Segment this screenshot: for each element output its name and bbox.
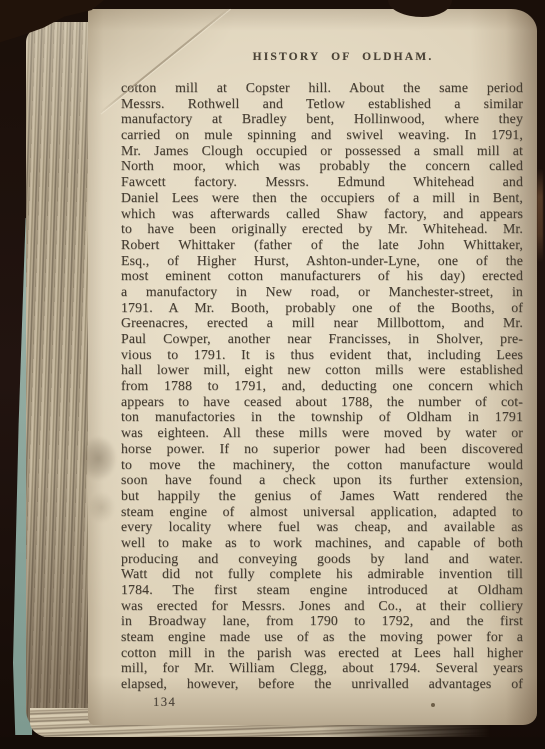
page-number: 134: [153, 695, 176, 710]
stain-mark: [88, 492, 115, 523]
text-line: 1791. A Mr. Booth, probably one of the B…: [121, 300, 523, 316]
text-line: was erected for Messrs. Jones and Co., a…: [121, 598, 523, 614]
text-line: manufactory at Bradley bent, Hollinwood,…: [121, 111, 523, 127]
text-line: well to make as to work machines, and ca…: [121, 535, 523, 551]
text-line: but happily the genius of James Watt ren…: [121, 488, 523, 504]
text-line: to have been originally erected by Mr. W…: [121, 221, 523, 237]
ink-speck: [431, 703, 435, 707]
text-line: Robert Whittaker (father of the late Joh…: [121, 237, 523, 253]
spine-mark: [537, 168, 543, 263]
text-line: most eminent cotton manufacturers of his…: [121, 268, 523, 284]
text-line: soon have found a check upon its further…: [121, 472, 523, 488]
stain-mark: [80, 436, 117, 481]
text-line: Esq., of Higher Hurst, Ashton-under-Lyne…: [121, 253, 523, 269]
text-line: elapsed, however, before the unrivalled …: [121, 676, 523, 692]
text-line: 1784. The first steam engine introduced …: [121, 582, 523, 598]
text-line: producing and conveying goods by land an…: [121, 551, 523, 567]
text-line: vious to 1791. It is thus evident that, …: [121, 347, 523, 363]
text-line: hall lower mill, eight new cotton mills …: [121, 362, 523, 378]
text-line: cotton mill in the parish was erected at…: [121, 645, 523, 661]
text-line: horse power. If no superior power had be…: [121, 441, 523, 457]
page-edges-left: [26, 22, 96, 738]
text-line: Messrs. Rothwell and Tetlow established …: [121, 96, 523, 112]
text-line: which was afterwards called Shaw factory…: [121, 206, 523, 222]
text-line: carried on mule spinning and swivel weav…: [121, 127, 523, 143]
text-line: Daniel Lees were then the occupiers of a…: [121, 190, 523, 206]
text-line: a manufactory in New road, or Manchester…: [121, 284, 523, 300]
text-line: in Broadway lane, from 1790 to 1792, and…: [121, 613, 523, 629]
text-line: Greenacres, erected a mill near Millbott…: [121, 315, 523, 331]
text-line: mill, for Mr. William Clegg, about 1794.…: [121, 660, 523, 676]
text-line: was eighteen. All these mills were moved…: [121, 425, 523, 441]
text-line: to move the machinery, the cotton manufa…: [121, 457, 523, 473]
text-line: Paul Cowper, another near Francisses, in…: [121, 331, 523, 347]
cover-edge-bottom: [0, 737, 545, 749]
text-line: Watt did not fully complete his admirabl…: [121, 566, 523, 582]
text-line: Mr. James Clough occupied or possessed a…: [121, 143, 523, 159]
book-page: HISTORY OF OLDHAM. cotton mill at Copste…: [88, 9, 537, 725]
text-line: steam engine of almost universal applica…: [121, 504, 523, 520]
text-line: North moor, which was probably the conce…: [121, 158, 523, 174]
text-line: from 1788 to 1791, and, deducting one co…: [121, 378, 523, 394]
text-line: Fawcett factory. Messrs. Edmund Whitehea…: [121, 174, 523, 190]
text-line: steam engine made use of as the moving p…: [121, 629, 523, 645]
text-line: every locality where fuel was cheap, and…: [121, 519, 523, 535]
running-header: HISTORY OF OLDHAM.: [121, 51, 523, 63]
page-text: cotton mill at Copster hill. About the s…: [121, 80, 523, 692]
text-line: ton manufactories in the township of Old…: [121, 409, 523, 425]
book-page-scan: HISTORY OF OLDHAM. cotton mill at Copste…: [0, 0, 545, 749]
text-line: cotton mill at Copster hill. About the s…: [121, 80, 523, 96]
text-line: appears to have ceased about 1788, the n…: [121, 394, 523, 410]
